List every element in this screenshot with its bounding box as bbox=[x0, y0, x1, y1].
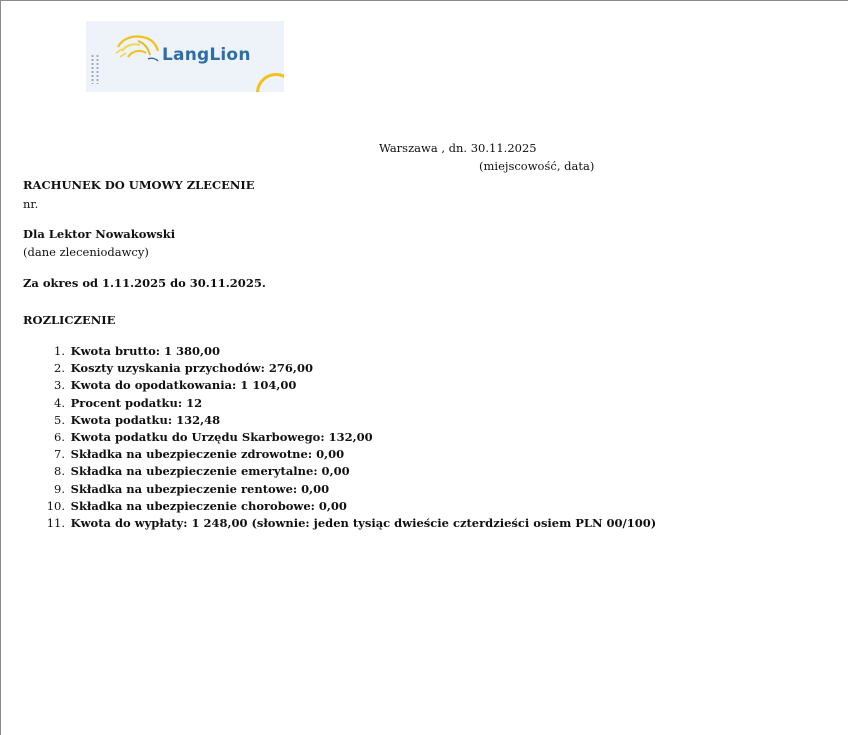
list-item: 8. Składka na ubezpieczenie emerytalne: … bbox=[41, 463, 656, 480]
document-number: nr. bbox=[23, 197, 38, 211]
item-text: Składka na ubezpieczenie zdrowotne: 0,00 bbox=[71, 447, 344, 461]
item-text: Kwota podatku do Urzędu Skarbowego: 132,… bbox=[71, 430, 373, 444]
item-number: 6. bbox=[41, 429, 65, 446]
place-and-date: Warszawa , dn. 30.11.2025 bbox=[379, 141, 537, 155]
item-number: 8. bbox=[41, 463, 65, 480]
item-text: Kwota do opodatkowania: 1 104,00 bbox=[71, 378, 297, 392]
list-item: 7. Składka na ubezpieczenie zdrowotne: 0… bbox=[41, 446, 656, 463]
place-date-caption: (miejscowość, data) bbox=[479, 159, 594, 173]
arc-decoration bbox=[256, 73, 284, 92]
item-number: 4. bbox=[41, 395, 65, 412]
item-text: Składka na ubezpieczenie emerytalne: 0,0… bbox=[71, 464, 350, 478]
list-item: 5. Kwota podatku: 132,48 bbox=[41, 412, 656, 429]
company-logo: LangLion bbox=[86, 21, 284, 92]
item-text: Procent podatku: 12 bbox=[71, 396, 202, 410]
item-number: 7. bbox=[41, 446, 65, 463]
list-item: 9. Składka na ubezpieczenie rentowe: 0,0… bbox=[41, 481, 656, 498]
recipient-caption: (dane zleceniodawcy) bbox=[23, 245, 149, 259]
item-text: Kwota brutto: 1 380,00 bbox=[71, 344, 220, 358]
item-text: Składka na ubezpieczenie rentowe: 0,00 bbox=[71, 482, 330, 496]
item-number: 9. bbox=[41, 481, 65, 498]
item-text: Kwota do wypłaty: 1 248,00 (słownie: jed… bbox=[71, 516, 657, 530]
list-item: 10. Składka na ubezpieczenie chorobowe: … bbox=[41, 498, 656, 515]
item-text: Kwota podatku: 132,48 bbox=[71, 413, 220, 427]
list-item: 4. Procent podatku: 12 bbox=[41, 395, 656, 412]
item-text: Koszty uzyskania przychodów: 276,00 bbox=[71, 361, 313, 375]
settlement-list: 1. Kwota brutto: 1 380,00 2. Koszty uzys… bbox=[41, 343, 656, 532]
item-number: 1. bbox=[41, 343, 65, 360]
item-number: 3. bbox=[41, 377, 65, 394]
list-item: 11. Kwota do wypłaty: 1 248,00 (słownie:… bbox=[41, 515, 656, 532]
list-item: 2. Koszty uzyskania przychodów: 276,00 bbox=[41, 360, 656, 377]
billing-period: Za okres od 1.11.2025 do 30.11.2025. bbox=[23, 276, 266, 290]
item-number: 2. bbox=[41, 360, 65, 377]
document-page: LangLion Warszawa , dn. 30.11.2025 (miej… bbox=[0, 0, 848, 735]
item-number: 5. bbox=[41, 412, 65, 429]
item-number: 11. bbox=[41, 515, 65, 532]
brand-name: LangLion bbox=[162, 45, 251, 65]
list-item: 6. Kwota podatku do Urzędu Skarbowego: 1… bbox=[41, 429, 656, 446]
recipient-name: Dla Lektor Nowakowski bbox=[23, 227, 175, 241]
item-text: Składka na ubezpieczenie chorobowe: 0,00 bbox=[71, 499, 347, 513]
dot-grid-decoration bbox=[90, 54, 100, 84]
document-title: RACHUNEK DO UMOWY ZLECENIE bbox=[23, 178, 255, 192]
lion-head-icon bbox=[114, 33, 164, 63]
list-item: 1. Kwota brutto: 1 380,00 bbox=[41, 343, 656, 360]
settlement-heading: ROZLICZENIE bbox=[23, 313, 115, 327]
list-item: 3. Kwota do opodatkowania: 1 104,00 bbox=[41, 377, 656, 394]
item-number: 10. bbox=[41, 498, 65, 515]
